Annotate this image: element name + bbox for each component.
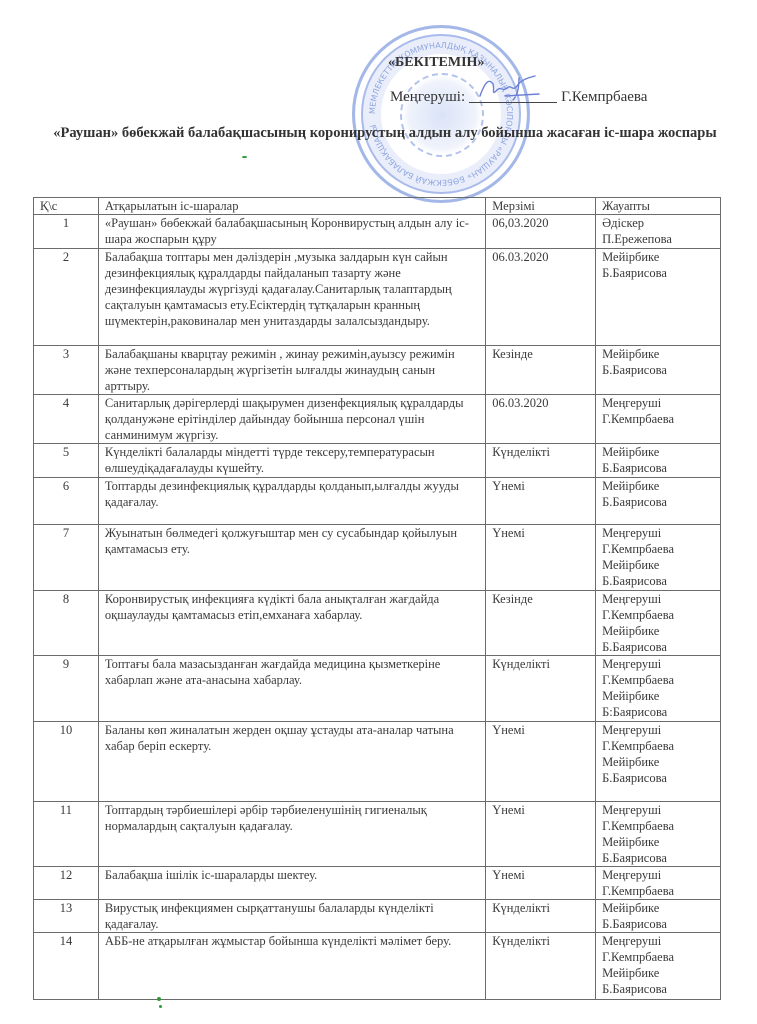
- responsible-line: Мейірбике: [602, 965, 714, 981]
- row-deadline: Үнемі: [486, 478, 596, 525]
- ink-blot: [157, 997, 161, 1001]
- row-activity: Балабақша ішілік іс-шараларды шектеу.: [98, 867, 485, 900]
- emblem-icon: [400, 73, 484, 157]
- responsible-line: Мейірбике: [602, 688, 714, 704]
- row-activity: Топтағы бала мазасызданған жағдайда меди…: [98, 656, 485, 722]
- responsible-line: П.Ережепова: [602, 231, 714, 247]
- row-activity: Вирустық инфекциямен сырқаттанушы балала…: [98, 900, 485, 933]
- row-number: 14: [34, 933, 99, 1000]
- responsible-line: Б.Баярисова: [602, 639, 714, 655]
- responsible-line: Мейірбике: [602, 478, 714, 494]
- responsible-line: Г.Кемпрбаева: [602, 949, 714, 965]
- row-number: 6: [34, 478, 99, 525]
- row-deadline: Үнемі: [486, 867, 596, 900]
- row-responsible: МейірбикеБ.Баярисова: [596, 900, 721, 933]
- approval-position: Меңгеруші:: [390, 89, 465, 106]
- responsible-line: Меңгеруші: [602, 722, 714, 738]
- row-activity: Коронвирустық инфекцияға күдікті бала ан…: [98, 591, 485, 656]
- responsible-line: Б.Баярисова: [602, 460, 714, 476]
- responsible-line: Б.Баярисова: [602, 573, 714, 589]
- ink-blot: [242, 156, 247, 158]
- responsible-line: Г.Кемпрбаева: [602, 672, 714, 688]
- responsible-line: Меңгеруші: [602, 395, 714, 411]
- table-row: 11Топтардың тәрбиешілері әрбір тәрбиелен…: [34, 802, 721, 867]
- row-activity: Жуынатын бөлмедегі қолжуғыштар мен су су…: [98, 525, 485, 591]
- responsible-line: Б.Баярисова: [602, 494, 714, 510]
- row-activity: Топтардың тәрбиешілері әрбір тәрбиеленуш…: [98, 802, 485, 867]
- row-activity: Санитарлық дәрігерлерді шақырумен дизенф…: [98, 395, 485, 444]
- responsible-line: Мейірбике: [602, 900, 714, 916]
- row-deadline: Кезінде: [486, 346, 596, 395]
- responsible-line: Мейірбике: [602, 249, 714, 265]
- row-activity: «Раушан» бөбекжай балабақшасының Коронви…: [98, 215, 485, 249]
- table-header-row: Қ\с Атқарылатын іс-шаралар Мерзімі Жауап…: [34, 198, 721, 215]
- row-number: 13: [34, 900, 99, 933]
- row-deadline: Күнделікті: [486, 444, 596, 478]
- responsible-line: Б.Баярисова: [602, 981, 714, 997]
- table-row: 12Балабақша ішілік іс-шараларды шектеу.Ү…: [34, 867, 721, 900]
- row-deadline: Кезінде: [486, 591, 596, 656]
- responsible-line: Меңгеруші: [602, 591, 714, 607]
- responsible-line: Мейірбике: [602, 834, 714, 850]
- responsible-line: Мейірбике: [602, 346, 714, 362]
- table-row: 2Балабақша топтары мен дәліздерін ,музык…: [34, 249, 721, 346]
- row-deadline: Үнемі: [486, 722, 596, 802]
- row-number: 12: [34, 867, 99, 900]
- row-activity: Балабақша топтары мен дәліздерін ,музыка…: [98, 249, 485, 346]
- row-responsible: МеңгерушіГ.КемпрбаеваМейірбикеБ.Баярисов…: [596, 722, 721, 802]
- responsible-line: Г.Кемпрбаева: [602, 541, 714, 557]
- responsible-line: Б:Баярисова: [602, 704, 714, 720]
- table-row: 10Баланы көп жиналатын жерден оқшау ұста…: [34, 722, 721, 802]
- row-number: 8: [34, 591, 99, 656]
- table-row: 7Жуынатын бөлмедегі қолжуғыштар мен су с…: [34, 525, 721, 591]
- responsible-line: Мейірбике: [602, 623, 714, 639]
- row-deadline: Үнемі: [486, 802, 596, 867]
- header-responsible: Жауапты: [596, 198, 721, 215]
- table-row: 4Санитарлық дәрігерлерді шақырумен дизен…: [34, 395, 721, 444]
- row-responsible: МеңгерушіГ.КемпрбаеваМейірбикеБ.Баярисов…: [596, 802, 721, 867]
- row-responsible: МеңгерушіГ.Кемпрбаева: [596, 395, 721, 444]
- row-responsible: МеңгерушіГ.КемпрбаеваМейірбикеБ.Баярисов…: [596, 933, 721, 1000]
- row-responsible: МейірбикеБ.Баярисова: [596, 346, 721, 395]
- table-row: 1«Раушан» бөбекжай балабақшасының Коронв…: [34, 215, 721, 249]
- row-responsible: МейірбикеБ.Баярисова: [596, 249, 721, 346]
- row-deadline: Күнделікті: [486, 933, 596, 1000]
- row-activity: АББ-не атқарылған жұмыстар бойынша күнде…: [98, 933, 485, 1000]
- row-deadline: 06.03.2020: [486, 395, 596, 444]
- table-row: 6Топтарды дезинфекциялық құралдарды қолд…: [34, 478, 721, 525]
- responsible-line: Әдіскер: [602, 215, 714, 231]
- responsible-line: Г.Кемпрбаева: [602, 738, 714, 754]
- row-deadline: 06.03.2020: [486, 249, 596, 346]
- row-number: 11: [34, 802, 99, 867]
- document-title: «Раушан» бөбекжай балабақшасының коронир…: [40, 122, 730, 144]
- approval-signature-line: Меңгеруші: Г.Кемпрбаева: [390, 88, 647, 106]
- responsible-line: Меңгеруші: [602, 525, 714, 541]
- row-activity: Балабақшаны кварцтау режимін , жинау реж…: [98, 346, 485, 395]
- row-number: 1: [34, 215, 99, 249]
- activity-plan-table: Қ\с Атқарылатын іс-шаралар Мерзімі Жауап…: [33, 197, 721, 1000]
- responsible-line: Г.Кемпрбаева: [602, 411, 714, 427]
- official-stamp: МЕМЛЕКЕТТІК КОММУНАЛДЫҚ ҚАЗЫНАЛЫҚ КӘСІПО…: [352, 25, 530, 203]
- table-row: 9Топтағы бала мазасызданған жағдайда мед…: [34, 656, 721, 722]
- table-row: 8Коронвирустық инфекцияға күдікті бала а…: [34, 591, 721, 656]
- row-activity: Баланы көп жиналатын жерден оқшау ұстауд…: [98, 722, 485, 802]
- row-deadline: Күнделікті: [486, 656, 596, 722]
- responsible-line: Б.Баярисова: [602, 850, 714, 866]
- row-number: 10: [34, 722, 99, 802]
- row-deadline: 06,03.2020: [486, 215, 596, 249]
- signature-field: [469, 88, 557, 103]
- table-row: 3Балабақшаны кварцтау режимін , жинау ре…: [34, 346, 721, 395]
- responsible-line: Г.Кемпрбаева: [602, 818, 714, 834]
- row-responsible: ӘдіскерП.Ережепова: [596, 215, 721, 249]
- table-row: 5Күнделікті балаларды міндетті түрде тек…: [34, 444, 721, 478]
- row-number: 3: [34, 346, 99, 395]
- responsible-line: Г.Кемпрбаева: [602, 883, 714, 899]
- row-responsible: МеңгерушіГ.КемпрбаеваМейірбикеБ.Баярисов…: [596, 525, 721, 591]
- responsible-line: Б.Баярисова: [602, 916, 714, 932]
- approval-name: Г.Кемпрбаева: [561, 89, 647, 106]
- ink-blot: [159, 1005, 162, 1008]
- header-activity: Атқарылатын іс-шаралар: [98, 198, 485, 215]
- responsible-line: Б.Баярисова: [602, 265, 714, 281]
- responsible-line: Мейірбике: [602, 754, 714, 770]
- row-activity: Топтарды дезинфекциялық құралдарды қолда…: [98, 478, 485, 525]
- table-row: 13Вирустық инфекциямен сырқаттанушы бала…: [34, 900, 721, 933]
- row-responsible: МейірбикеБ.Баярисова: [596, 444, 721, 478]
- row-activity: Күнделікті балаларды міндетті түрде текс…: [98, 444, 485, 478]
- row-deadline: Күнделікті: [486, 900, 596, 933]
- responsible-line: Мейірбике: [602, 444, 714, 460]
- responsible-line: Меңгеруші: [602, 656, 714, 672]
- row-responsible: МеңгерушіГ.КемпрбаеваМейірбикеБ.Баярисов…: [596, 591, 721, 656]
- header-number: Қ\с: [34, 198, 99, 215]
- table-row: 14АББ-не атқарылған жұмыстар бойынша күн…: [34, 933, 721, 1000]
- row-number: 9: [34, 656, 99, 722]
- header-deadline: Мерзімі: [486, 198, 596, 215]
- signature-icon: [475, 74, 545, 102]
- row-responsible: МеңгерушіГ.КемпрбаеваМейірбикеБ:Баярисов…: [596, 656, 721, 722]
- row-responsible: МейірбикеБ.Баярисова: [596, 478, 721, 525]
- row-number: 5: [34, 444, 99, 478]
- row-number: 2: [34, 249, 99, 346]
- responsible-line: Меңгеруші: [602, 933, 714, 949]
- row-responsible: МеңгерушіГ.Кемпрбаева: [596, 867, 721, 900]
- responsible-line: Б.Баярисова: [602, 770, 714, 786]
- responsible-line: Меңгеруші: [602, 867, 714, 883]
- responsible-line: Г.Кемпрбаева: [602, 607, 714, 623]
- responsible-line: Б.Баярисова: [602, 362, 714, 378]
- responsible-line: Мейірбике: [602, 557, 714, 573]
- row-number: 7: [34, 525, 99, 591]
- row-deadline: Үнемі: [486, 525, 596, 591]
- responsible-line: Меңгеруші: [602, 802, 714, 818]
- row-number: 4: [34, 395, 99, 444]
- approval-label: «БЕКІТЕМІН»: [388, 55, 484, 71]
